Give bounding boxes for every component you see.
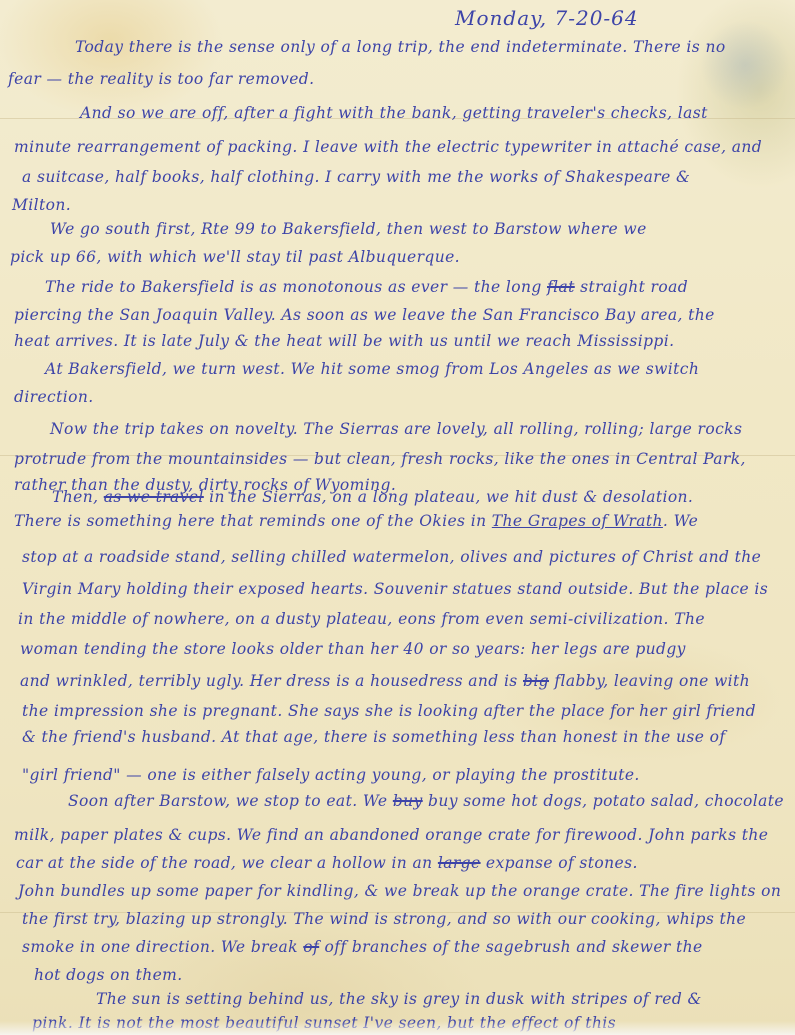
- text-line: protrude from the mountainsides — but cl…: [14, 450, 746, 468]
- line-text: There is something here that reminds one…: [14, 512, 492, 530]
- line-text: At Bakersfield, we turn west. We hit som…: [45, 360, 699, 378]
- text-line: There is something here that reminds one…: [14, 512, 698, 530]
- torn-edge: [0, 1021, 795, 1035]
- line-text: car at the side of the road, we clear a …: [16, 854, 438, 872]
- line-text: the impression she is pregnant. She says…: [22, 702, 756, 720]
- text-line: woman tending the store looks older than…: [20, 640, 686, 658]
- line-text: pick up 66, with which we'll stay til pa…: [10, 248, 460, 266]
- text-line: direction.: [14, 388, 94, 406]
- line-text: Milton.: [12, 196, 71, 214]
- text-line: And so we are off, after a fight with th…: [80, 104, 708, 122]
- line-text-cont: expanse of stones.: [481, 854, 638, 872]
- text-line: & the friend's husband. At that age, the…: [22, 728, 726, 746]
- line-text: in the middle of nowhere, on a dusty pla…: [18, 610, 705, 628]
- line-text-cont: . We: [663, 512, 698, 530]
- text-line: stop at a roadside stand, selling chille…: [22, 548, 761, 566]
- line-text-cont: off branches of the sagebrush and skewer…: [319, 938, 702, 956]
- text-line: milk, paper plates & cups. We find an ab…: [14, 826, 768, 844]
- line-text: piercing the San Joaquin Valley. As soon…: [14, 306, 715, 324]
- text-line: in the middle of nowhere, on a dusty pla…: [18, 610, 705, 628]
- text-line: Then, as we travel in the Sierras, on a …: [52, 488, 693, 506]
- line-text: milk, paper plates & cups. We find an ab…: [14, 826, 768, 844]
- line-text: & the friend's husband. At that age, the…: [22, 728, 726, 746]
- line-text: Today there is the sense only of a long …: [75, 38, 726, 56]
- line-text: Now the trip takes on novelty. The Sierr…: [50, 420, 742, 438]
- line-text: Virgin Mary holding their exposed hearts…: [22, 580, 768, 598]
- line-text: hot dogs on them.: [34, 966, 183, 984]
- line-text: We go south first, Rte 99 to Bakersfield…: [50, 220, 647, 238]
- text-line: heat arrives. It is late July & the heat…: [14, 332, 674, 350]
- struck-word: large: [438, 854, 481, 872]
- line-text: protrude from the mountainsides — but cl…: [14, 450, 746, 468]
- line-text: fear — the reality is too far removed.: [8, 70, 314, 88]
- line-text: And so we are off, after a fight with th…: [80, 104, 708, 122]
- text-line: pick up 66, with which we'll stay til pa…: [10, 248, 460, 266]
- line-text: The ride to Bakersfield is as monotonous…: [45, 278, 547, 296]
- text-line: the first try, blazing up strongly. The …: [22, 910, 746, 928]
- line-text: direction.: [14, 388, 94, 406]
- line-text-cont: straight road: [575, 278, 688, 296]
- line-text: Soon after Barstow, we stop to eat. We: [68, 792, 393, 810]
- text-line: We go south first, Rte 99 to Bakersfield…: [50, 220, 647, 238]
- text-line: minute rearrangement of packing. I leave…: [14, 138, 762, 156]
- text-line: a suitcase, half books, half clothing. I…: [22, 168, 690, 186]
- line-text: the first try, blazing up strongly. The …: [22, 910, 746, 928]
- text-line: At Bakersfield, we turn west. We hit som…: [45, 360, 699, 378]
- line-text: a suitcase, half books, half clothing. I…: [22, 168, 690, 186]
- text-line: smoke in one direction. We break of off …: [22, 938, 703, 956]
- line-text: woman tending the store looks older than…: [20, 640, 686, 658]
- text-line: "girl friend" — one is either falsely ac…: [22, 766, 640, 784]
- line-text: heat arrives. It is late July & the heat…: [14, 332, 674, 350]
- struck-word: flat: [547, 278, 575, 296]
- line-text: stop at a roadside stand, selling chille…: [22, 548, 761, 566]
- text-line: Today there is the sense only of a long …: [75, 38, 726, 56]
- water-stain: [700, 20, 790, 110]
- text-line: hot dogs on them.: [34, 966, 183, 984]
- text-line: Soon after Barstow, we stop to eat. We b…: [68, 792, 784, 810]
- journal-page: Monday, 7-20-64 Today there is the sense…: [0, 0, 795, 1035]
- line-text: Then,: [52, 488, 104, 506]
- text-line: Virgin Mary holding their exposed hearts…: [22, 580, 768, 598]
- struck-word: buy: [393, 792, 423, 810]
- text-line: piercing the San Joaquin Valley. As soon…: [14, 306, 715, 324]
- text-line: fear — the reality is too far removed.: [8, 70, 314, 88]
- text-line: Milton.: [12, 196, 71, 214]
- line-text-cont: buy some hot dogs, potato salad, chocola…: [423, 792, 784, 810]
- text-line: Now the trip takes on novelty. The Sierr…: [50, 420, 742, 438]
- text-line: The ride to Bakersfield is as monotonous…: [45, 278, 688, 296]
- line-text: "girl friend" — one is either falsely ac…: [22, 766, 640, 784]
- entry-date: Monday, 7-20-64: [455, 6, 639, 30]
- underlined-title: The Grapes of Wrath: [492, 512, 663, 530]
- struck-word: big: [523, 672, 549, 690]
- text-line: the impression she is pregnant. She says…: [22, 702, 756, 720]
- text-line: The sun is setting behind us, the sky is…: [96, 990, 702, 1008]
- text-line: John bundles up some paper for kindling,…: [18, 882, 781, 900]
- line-text-cont: flabby, leaving one with: [549, 672, 750, 690]
- struck-word: as we travel: [104, 488, 204, 506]
- text-line: car at the side of the road, we clear a …: [16, 854, 638, 872]
- line-text-cont: in the Sierras, on a long plateau, we hi…: [204, 488, 693, 506]
- line-text: The sun is setting behind us, the sky is…: [96, 990, 702, 1008]
- struck-word: of: [303, 938, 319, 956]
- line-text: John bundles up some paper for kindling,…: [18, 882, 781, 900]
- line-text: smoke in one direction. We break: [22, 938, 303, 956]
- text-line: and wrinkled, terribly ugly. Her dress i…: [20, 672, 750, 690]
- line-text: minute rearrangement of packing. I leave…: [14, 138, 762, 156]
- line-text: and wrinkled, terribly ugly. Her dress i…: [20, 672, 523, 690]
